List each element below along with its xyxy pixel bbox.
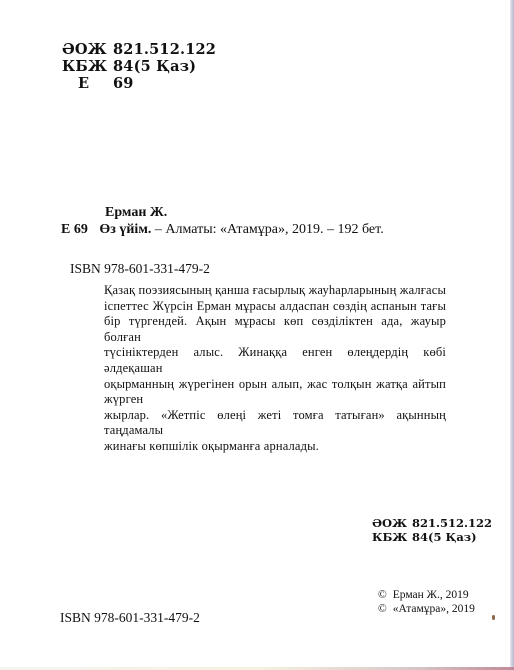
- udc-label: ӘОЖ: [62, 41, 113, 58]
- author-mark-label: Е: [62, 75, 113, 92]
- bbk-value: 84(5 Қаз): [113, 58, 196, 75]
- page-edge-right: [510, 0, 514, 670]
- bbk-row: КБЖ84(5 Қаз): [372, 530, 492, 544]
- copyright-publisher: ©«Атамұра», 2019: [378, 603, 475, 617]
- copyright-icon: ©: [378, 589, 387, 601]
- bbk-label: КБЖ: [62, 58, 113, 75]
- udc-label: ӘОЖ: [372, 516, 412, 530]
- isbn-bottom: ISBN 978-601-331-479-2: [60, 610, 200, 626]
- annotation-line: жинағы көпшілік оқырманға арналады.: [104, 439, 446, 455]
- classification-block-top: ӘОЖ 821.512.122 КБЖ 84(5 Қаз) Е 69: [62, 41, 216, 92]
- copyright-icon: ©: [378, 603, 387, 615]
- copyright-author: ©Ерман Ж., 2019: [378, 589, 475, 603]
- classification-block-bottom: ӘОЖ821.512.122 КБЖ84(5 Қаз): [372, 516, 492, 544]
- author-mark-row: Е 69: [62, 75, 216, 92]
- annotation-line: оқырманның жүрегінен орын алып, жас толқ…: [104, 377, 446, 408]
- catalog-code: Е 69: [61, 222, 88, 237]
- copyright-page: ӘОЖ 821.512.122 КБЖ 84(5 Қаз) Е 69 Ерман…: [0, 0, 514, 670]
- copyright-publisher-text: «Атамұра», 2019: [393, 603, 475, 615]
- annotation-line: түсініктерден алыс. Жинаққа енген өлеңде…: [104, 345, 446, 376]
- bbk-value: 84(5 Қаз): [412, 530, 477, 544]
- author-mark-value: 69: [113, 75, 134, 92]
- copyright-block: ©Ерман Ж., 2019 ©«Атамұра», 2019: [378, 589, 475, 616]
- annotation-line: бір түргендей. Ақын мұрасы көп сөзділікт…: [104, 314, 446, 345]
- copyright-author-text: Ерман Ж., 2019: [393, 589, 469, 601]
- bbk-label: КБЖ: [372, 530, 412, 544]
- annotation-line: Қазақ поэзиясының қанша ғасырлық жауһарл…: [104, 283, 446, 299]
- udc-value: 821.512.122: [113, 41, 216, 58]
- annotation-line: іспеттес Жүрсін Ерман мұрасы алдаспан сө…: [104, 299, 446, 315]
- udc-row: ӘОЖ821.512.122: [372, 516, 492, 530]
- isbn-top: ISBN 978-601-331-479-2: [70, 261, 210, 277]
- udc-row: ӘОЖ 821.512.122: [62, 41, 216, 58]
- paper-speck: [492, 615, 495, 620]
- imprint: – Алматы: «Атамұра», 2019. – 192 бет.: [151, 222, 383, 237]
- catalog-entry: Е 69 Өз үйім. – Алматы: «Атамұра», 2019.…: [61, 222, 384, 238]
- book-title: Өз үйім.: [99, 222, 151, 237]
- udc-value: 821.512.122: [412, 516, 492, 530]
- catalog-author: Ерман Ж.: [105, 205, 167, 221]
- bbk-row: КБЖ 84(5 Қаз): [62, 58, 216, 75]
- annotation-line: жырлар. «Жетпіс өлеңі жеті томға татыған…: [104, 408, 446, 439]
- annotation-paragraph: Қазақ поэзиясының қанша ғасырлық жауһарл…: [104, 283, 446, 455]
